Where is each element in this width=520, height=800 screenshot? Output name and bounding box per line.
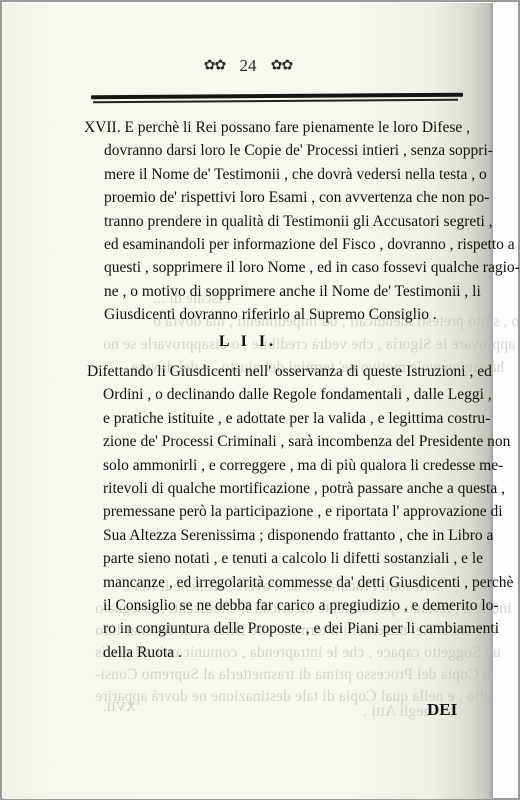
header-double-rule xyxy=(91,94,463,102)
text-line: Sua Altezza Serenissima ; disponendo fra… xyxy=(87,524,473,547)
text-line: e pratiche istituite , e adottate per la… xyxy=(87,407,473,430)
text-line: ne , o motivo di sopprimere anche il Nom… xyxy=(84,280,470,303)
text-line: mere il Nome de' Testimonii , che dovrà … xyxy=(84,163,470,186)
text-line: Difettando li Giusdicenti nell' osservan… xyxy=(87,360,473,383)
ghost-line: negli Atti . xyxy=(363,703,431,721)
paragraph-xvii: XVII. E perchè li Rei possano fare piena… xyxy=(84,116,470,327)
floral-ornament-icon: ✿✿ xyxy=(271,59,292,74)
text-line: XVII. E perchè li Rei possano fare piena… xyxy=(84,116,470,139)
text-line: ritevoli di qualche mortificazione , pot… xyxy=(87,477,473,500)
paragraph-lii: Difettando li Giusdicenti nell' osservan… xyxy=(87,360,473,664)
catchword: DEI xyxy=(427,700,457,720)
text-line: questi , sopprimere il loro Nome , ed in… xyxy=(84,256,470,279)
text-line: zione de' Processi Criminali , sarà inco… xyxy=(87,430,473,453)
text-line: proemio de' rispettivi loro Esami , con … xyxy=(84,186,470,209)
text-line: Giusdicenti dovranno riferirlo al Suprem… xyxy=(84,303,470,326)
text-line: premessane però la participazione , e ri… xyxy=(87,500,473,523)
text-line: della Ruota . xyxy=(87,641,473,664)
text-line: Ordini , o declinando dalle Regole fonda… xyxy=(87,383,473,406)
page-number: 24 xyxy=(240,56,257,75)
scan-frame: Fiscale di ... per loro , sotto pretesti… xyxy=(0,0,520,800)
section-heading: L I I. xyxy=(3,333,493,351)
text-line: solo ammonirli , e correggere , ma di pi… xyxy=(87,454,473,477)
text-line: mancanze , ed irregolarità commesse da' … xyxy=(87,571,473,594)
book-page: Fiscale di ... per loro , sotto pretesti… xyxy=(3,3,493,799)
text-line: ed esaminandoli per informazione del Fis… xyxy=(84,233,470,256)
text-line: dovranno darsi loro le Copie de' Process… xyxy=(84,139,470,162)
text-line: tranno prendere in qualità di Testimonii… xyxy=(84,210,470,233)
ghost-line: la Copia del Processo prima di trasmette… xyxy=(95,666,494,684)
text-line: ro in congiuntura delle Proposte , e dei… xyxy=(87,617,473,640)
rule-thin xyxy=(93,99,458,103)
text-line: il Consiglio se ne debba far carico a pr… xyxy=(87,594,473,617)
page-header: ✿✿ 24 ✿✿ xyxy=(3,55,493,76)
floral-ornament-icon: ✿✿ xyxy=(204,59,225,74)
ghost-catchword: XVII. xyxy=(103,700,136,716)
text-line: parte sieno notati , e tenuti a calcolo … xyxy=(87,547,473,570)
